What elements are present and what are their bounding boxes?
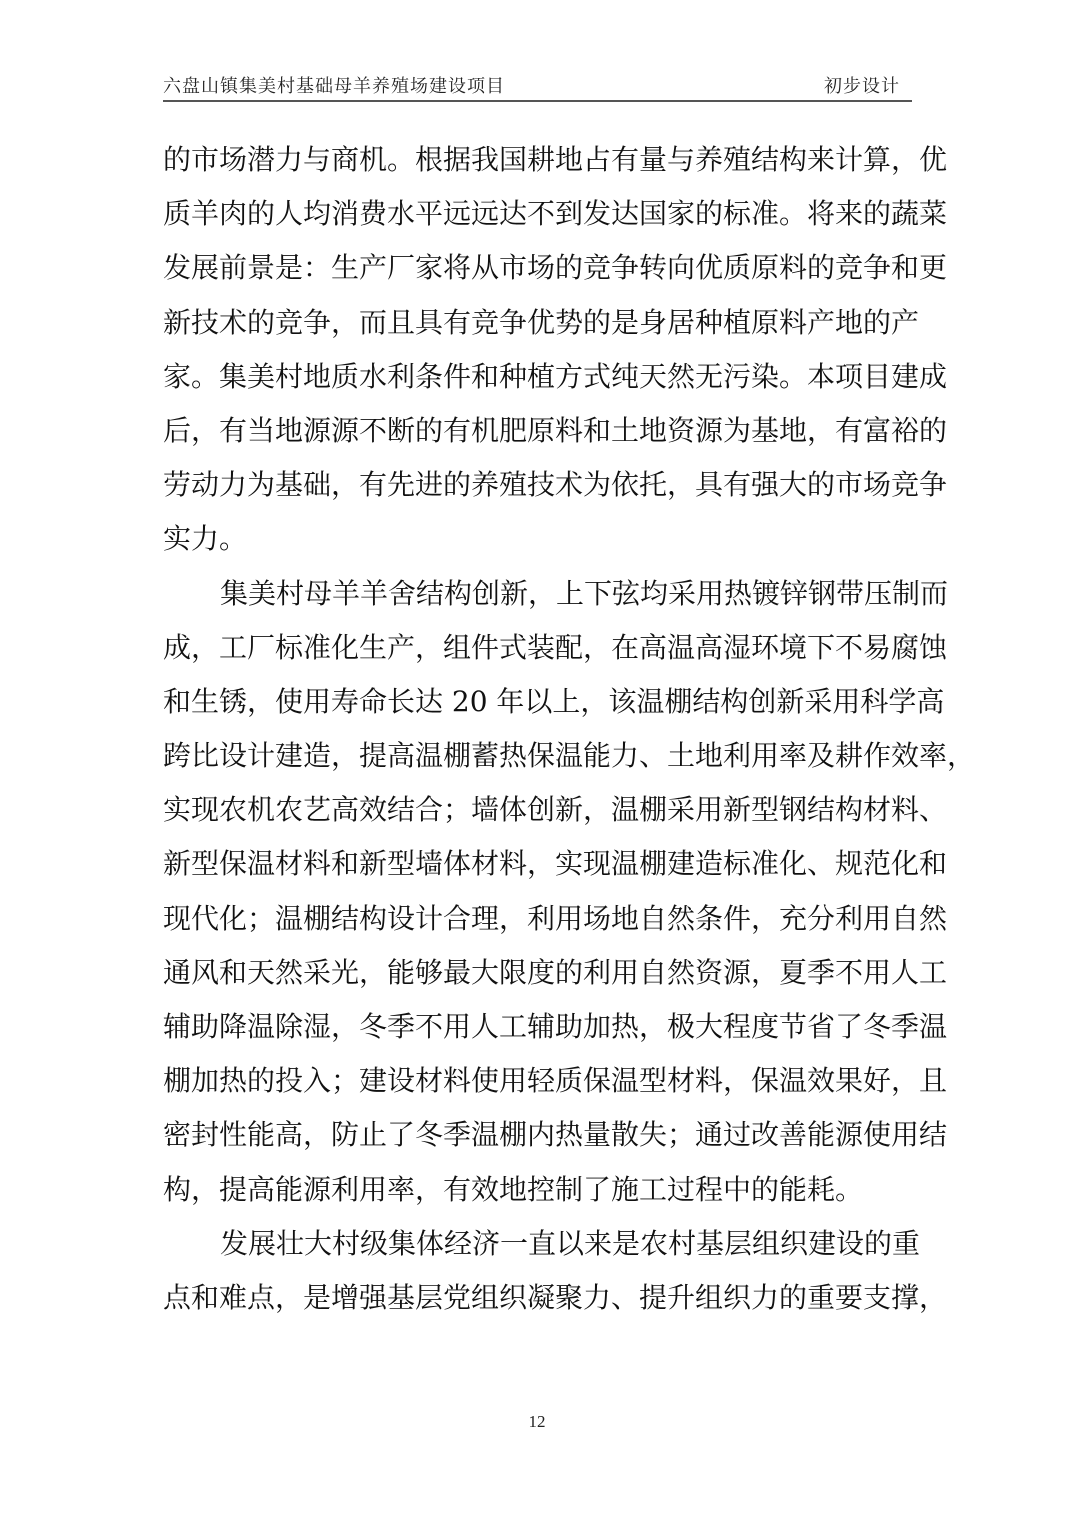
text-line: 辅助降温除湿，冬季不用人工辅助加热，极大程度节省了冬季温 [163,1000,912,1054]
text-line: 新型保温材料和新型墙体材料，实现温棚建造标准化、规范化和 [163,837,912,891]
text-line: 构，提高能源利用率，有效地控制了施工过程中的能耗。 [163,1163,912,1217]
text-line: 密封性能高，防止了冬季温棚内热量散失；通过改善能源使用结 [163,1108,912,1162]
text-line: 通风和天然采光，能够最大限度的利用自然资源，夏季不用人工 [163,946,912,1000]
text-line: 点和难点，是增强基层党组织凝聚力、提升组织力的重要支撑， [163,1271,912,1325]
text-line: 实现农机农艺高效结合；墙体创新，温棚采用新型钢结构材料、 [163,783,912,837]
text-line: 家。集美村地质水利条件和种植方式纯天然无污染。本项目建成 [163,350,912,404]
text-line: 劳动力为基础，有先进的养殖技术为依托，具有强大的市场竞争 [163,458,912,512]
page-number: 12 [0,1412,1074,1432]
text-line: 的市场潜力与商机。根据我国耕地占有量与养殖结构来计算，优 [163,133,912,187]
page-header: 六盘山镇集美村基础母羊养殖场建设项目 初步设计 [163,74,912,102]
paragraph: 的市场潜力与商机。根据我国耕地占有量与养殖结构来计算，优 质羊肉的人均消费水平远… [163,133,912,567]
document-section: 初步设计 [824,76,912,100]
text-line: 发展前景是：生产厂家将从市场的竞争转向优质原料的竞争和更 [163,241,912,295]
body-text: 的市场潜力与商机。根据我国耕地占有量与养殖结构来计算，优 质羊肉的人均消费水平远… [163,133,912,1325]
text-line: 和生锈，使用寿命长达 20 年以上，该温棚结构创新采用科学高 [163,675,912,729]
text-line: 集美村母羊羊舍结构创新，上下弦均采用热镀锌钢带压制而 [163,567,912,621]
text-line: 现代化；温棚结构设计合理，利用场地自然条件，充分利用自然 [163,892,912,946]
text-line: 跨比设计建造，提高温棚蓄热保温能力、土地利用率及耕作效率， [163,729,912,783]
text-line: 发展壮大村级集体经济一直以来是农村基层组织建设的重 [163,1217,912,1271]
text-line: 后，有当地源源不断的有机肥原料和土地资源为基地，有富裕的 [163,404,912,458]
text-line: 棚加热的投入；建设材料使用轻质保温型材料，保温效果好，且 [163,1054,912,1108]
text-line: 成，工厂标准化生产，组件式装配，在高温高湿环境下不易腐蚀 [163,621,912,675]
paragraph: 发展壮大村级集体经济一直以来是农村基层组织建设的重 点和难点，是增强基层党组织凝… [163,1217,912,1325]
text-line: 质羊肉的人均消费水平远远达不到发达国家的标准。将来的蔬菜 [163,187,912,241]
document-title: 六盘山镇集美村基础母羊养殖场建设项目 [163,76,505,100]
paragraph: 集美村母羊羊舍结构创新，上下弦均采用热镀锌钢带压制而 成，工厂标准化生产，组件式… [163,567,912,1217]
text-line: 实力。 [163,512,912,566]
text-line: 新技术的竞争，而且具有竞争优势的是身居种植原料产地的产 [163,296,912,350]
